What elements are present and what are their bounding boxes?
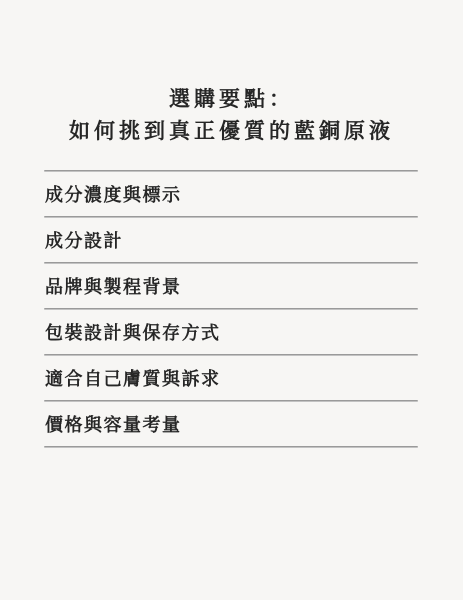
list-item: 價格與容量考量: [44, 402, 418, 446]
divider: [44, 446, 418, 448]
page-title: 選購要點： 如何挑到真正優質的藍銅原液: [0, 0, 463, 148]
infographic-page: 選購要點： 如何挑到真正優質的藍銅原液 成分濃度與標示 成分設計 品牌與製程背景…: [0, 0, 463, 600]
list-item-label: 適合自己膚質與訴求: [44, 365, 221, 391]
list-item: 適合自己膚質與訴求: [44, 356, 418, 400]
list-item-label: 包裝設計與保存方式: [44, 319, 221, 345]
list-item-label: 成分濃度與標示: [44, 181, 182, 207]
page-title-line-1: 選購要點：: [0, 84, 463, 116]
list-item: 成分設計: [44, 218, 418, 262]
list-item: 品牌與製程背景: [44, 264, 418, 308]
list-item: 包裝設計與保存方式: [44, 310, 418, 354]
list-item-label: 價格與容量考量: [44, 411, 182, 437]
list-item-label: 成分設計: [44, 227, 123, 253]
page-title-line-2: 如何挑到真正優質的藍銅原液: [0, 116, 463, 148]
key-points-list: 成分濃度與標示 成分設計 品牌與製程背景 包裝設計與保存方式 適合自己膚質與訴求…: [44, 170, 418, 448]
list-item: 成分濃度與標示: [44, 172, 418, 216]
list-item-label: 品牌與製程背景: [44, 273, 182, 299]
